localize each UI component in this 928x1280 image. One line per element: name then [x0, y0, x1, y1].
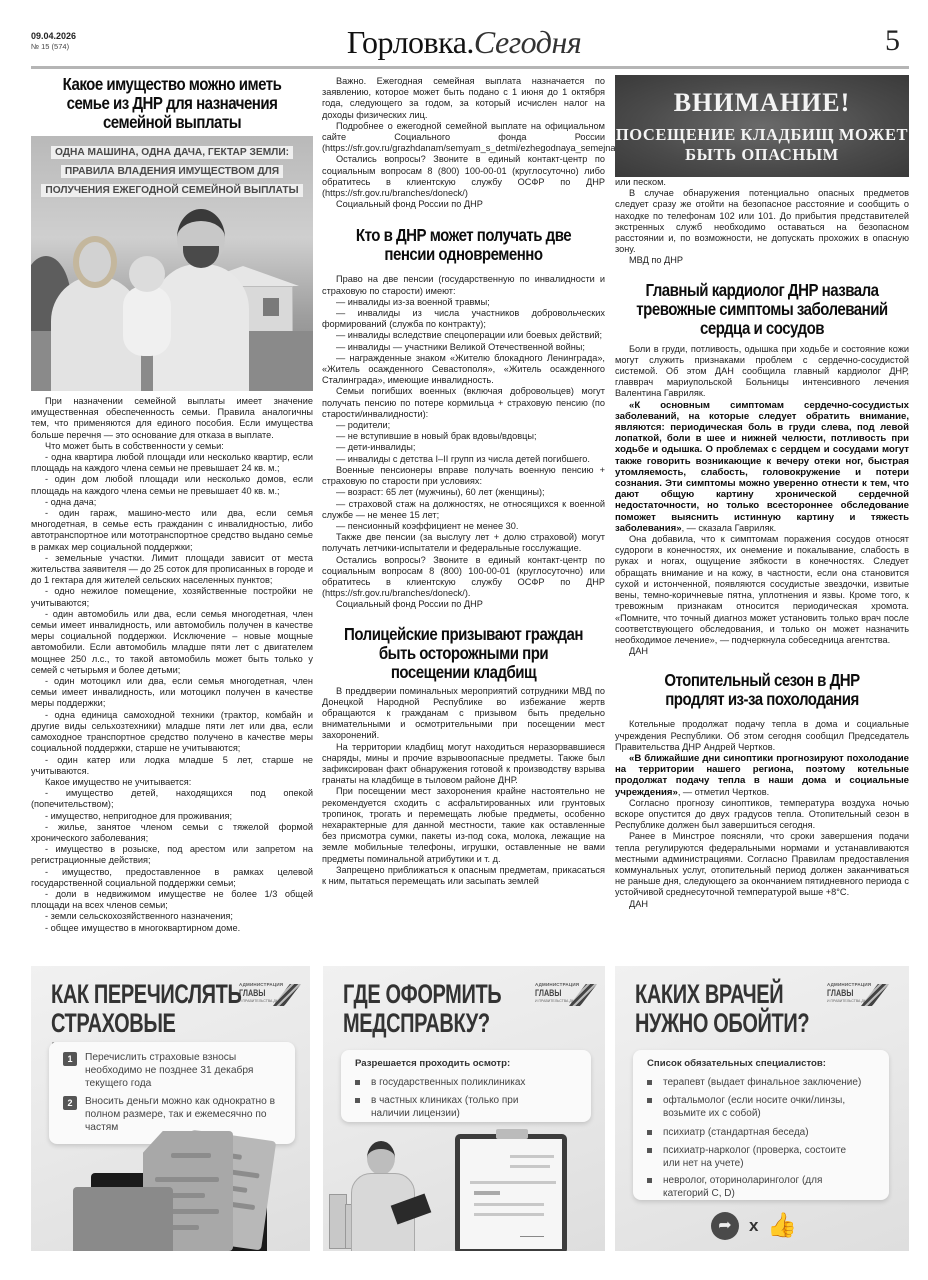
doctors-list-card: КАКИХ ВРАЧЕЙ НУЖНО ОБОЙТИ? АДМИНИСТРАЦИЯ… [615, 966, 909, 1251]
share-like-prompt: ➦ x 👍 [711, 1212, 821, 1242]
bullet-icon [355, 1080, 360, 1085]
logo-stripes-icon [569, 984, 597, 1006]
article2-paragraph: — родители; [322, 420, 605, 431]
warning-banner: ВНИМАНИЕ! ПОСЕЩЕНИЕ КЛАДБИЩ МОЖЕТ БЫТЬ О… [615, 75, 909, 177]
article2-paragraph: Военные пенсионеры вправе получать военн… [322, 465, 605, 487]
article1-paragraph: - общее имущество в многоквартирном доме… [31, 923, 313, 934]
article1-paragraph: При назначении семейной выплаты имеет зн… [31, 396, 313, 441]
article3-paragraph: Запрещено приближаться к опасным предмет… [322, 865, 605, 887]
medical-certificate-card: ГДЕ ОФОРМИТЬ МЕДСПРАВКУ? АДМИНИСТРАЦИЯГЛ… [323, 966, 605, 1251]
multiplier-sign: x [749, 1216, 758, 1236]
bullet-icon [647, 1178, 652, 1183]
step-number-badge: 2 [63, 1096, 77, 1110]
documents-folder-icon [73, 1131, 283, 1251]
article1-paragraph: Какое имущество не учитывается: [31, 777, 313, 788]
administration-logo: АДМИНИСТРАЦИЯГЛАВЫИ ПРАВИТЕЛЬСТВА ДНР [535, 980, 597, 1014]
article2-paragraph: Семьи погибших военных (включая добровол… [322, 386, 605, 420]
article1-paragraph: - один дом любой площади или несколько д… [31, 474, 313, 496]
logo-stripes-icon [861, 984, 889, 1006]
masthead: 09.04.2026 № 15 (574) Горловка.Сегодня 5 [0, 0, 928, 70]
article1-continuation: Важно. Ежегодная семейная выплата назнач… [322, 76, 605, 121]
logo-stripes-icon [273, 984, 301, 1006]
article1-paragraph: - земли сельскохозяйственного назначения… [31, 911, 313, 922]
article1-paragraph: - одна квартира любой площади или нескол… [31, 452, 313, 474]
article3-headline: Полицейские призывают граждан быть остор… [342, 625, 585, 682]
article1-continuation: Остались вопросы? Звоните в единый конта… [322, 154, 605, 199]
article2-paragraph: — инвалиды из числа участников доброволь… [322, 308, 605, 330]
article2-paragraph: — страховой стаж на должностях, не относ… [322, 499, 605, 521]
article1-paragraph: - один мотоцикл или два, если семья мног… [31, 676, 313, 710]
article5-paragraph: Согласно прогнозу синоптиков, температур… [615, 798, 909, 832]
article2-paragraph: — дети-инвалиды; [322, 442, 605, 453]
steps-panel: 1 Перечислить страховые взносы необходим… [49, 1042, 295, 1144]
article1-signature: Социальный фонд России по ДНР [322, 199, 605, 210]
column-1: Какое имущество можно иметь семье из ДНР… [31, 70, 313, 934]
card-title: КАКИХ ВРАЧЕЙ НУЖНО ОБОЙТИ? [635, 980, 850, 1038]
banner-title: ВНИМАНИЕ! [615, 75, 909, 117]
article2-paragraph: — возраст: 65 лет (мужчины), 60 лет (жен… [322, 487, 605, 498]
article1-paragraph: - имущество в розыске, под арестом или з… [31, 844, 313, 866]
article5-paragraph: Ранее в Минстрое поясняли, что сроки зав… [615, 831, 909, 898]
column-3: ВНИМАНИЕ! ПОСЕЩЕНИЕ КЛАДБИЩ МОЖЕТ БЫТЬ О… [615, 70, 909, 910]
article4-headline: Главный кардиолог ДНР назвала тревожные … [636, 281, 889, 338]
article1-paragraph: - одна единица самоходной техники (тракт… [31, 710, 313, 755]
article1-paragraph: - один катер или лодка младше 5 лет, ста… [31, 755, 313, 777]
banner-subtitle: ПОСЕЩЕНИЕ КЛАДБИЩ МОЖЕТ БЫТЬ ОПАСНЫМ [615, 125, 909, 165]
insurance-card: КАК ПЕРЕЧИСЛЯТЬ СТРАХОВЫЕ ВЗНОСЫ? АДМИНИ… [31, 966, 310, 1251]
article5-lead: Котельные продолжат подачу тепла в дома … [615, 719, 909, 753]
share-arrow-icon[interactable]: ➦ [711, 1212, 739, 1240]
masthead-rule [31, 66, 909, 69]
child-figure [123, 286, 171, 356]
article1-continuation: Подробнее о ежегодной семейной выплате н… [322, 121, 605, 155]
step-number-badge: 1 [63, 1052, 77, 1066]
article4-signature: ДАН [615, 646, 909, 657]
article1-headline: Какое имущество можно иметь семье из ДНР… [51, 75, 294, 132]
title-main: Горловка. [347, 24, 474, 60]
locations-panel: Разрешается проходить осмотр: в государс… [341, 1050, 591, 1122]
article5-signature: ДАН [615, 899, 909, 910]
article1-paragraph: - одно нежилое помещение, хозяйственные … [31, 586, 313, 608]
article2-paragraph: — инвалиды из-за военной травмы; [322, 297, 605, 308]
family-photo: ОДНА МАШИНА, ОДНА ДАЧА, ГЕКТАР ЗЕМЛИ: ПР… [31, 136, 313, 391]
article5-quote-attribution: , — отметил Чертков. [678, 787, 769, 797]
article2-paragraph: — пенсионный коэффициент не менее 30. [322, 521, 605, 532]
article5-quote-paragraph: «В ближайшие дни синоптики прогнозируют … [615, 753, 909, 798]
page-number: 5 [885, 24, 900, 58]
panel-heading: Список обязательных специалистов: [647, 1058, 826, 1069]
article3-signature: МВД по ДНР [615, 255, 909, 266]
step-text: Вносить деньги можно как однократно в по… [85, 1095, 285, 1134]
newspaper-title: Горловка.Сегодня [0, 22, 928, 62]
card-title: ГДЕ ОФОРМИТЬ МЕДСПРАВКУ? [343, 980, 558, 1038]
article3-paragraph: В преддверии поминальных мероприятий сот… [322, 686, 605, 742]
article4-body: Она добавила, что к симптомам поражения … [615, 534, 909, 646]
article4-lead: Боли в груди, потливость, одышка при ход… [615, 344, 909, 400]
bullet-icon [647, 1098, 652, 1103]
photo-caption: ОДНА МАШИНА, ОДНА ДАЧА, ГЕКТАР ЗЕМЛИ: ПР… [31, 142, 313, 199]
article1-paragraph: - один автомобиль или два, если семья мн… [31, 609, 313, 676]
article4-quote-paragraph: «К основным симптомам сердечно-сосудисты… [615, 400, 909, 534]
article2-headline: Кто в ДНР может получать две пенсии одно… [342, 226, 585, 264]
administration-logo: АДМИНИСТРАЦИЯГЛАВЫИ ПРАВИТЕЛЬСТВА ДНР [239, 980, 301, 1014]
article5-headline: Отопительный сезон в ДНР продлят из-за п… [636, 671, 889, 709]
article1-paragraph: - имущество детей, находящихся под опеко… [31, 788, 313, 810]
doctor-illustration [335, 1141, 435, 1251]
article2-paragraph: Также две пенсии (за выслугу лет + долю … [322, 532, 605, 554]
article4-quote-attribution: , — сказала Гавриляк. [682, 523, 777, 533]
article2-paragraph: Право на две пенсии (государственную по … [322, 274, 605, 296]
article1-paragraph: - имущество, предоставленное в рамках це… [31, 867, 313, 889]
article1-paragraph: - доли в недвижимом имуществе не более 1… [31, 889, 313, 911]
article1-paragraph: - один гараж, машино-место или два, если… [31, 508, 313, 553]
article1-paragraph: - жилье, занятое членом семьи с тяжелой … [31, 822, 313, 844]
article1-paragraph: - имущество, непригодное для проживания; [31, 811, 313, 822]
bullet-icon [647, 1080, 652, 1085]
article3-paragraph: При посещении мест захоронения крайне на… [322, 786, 605, 864]
bullet-icon [647, 1130, 652, 1135]
bullet-icon [355, 1098, 360, 1103]
bullet-icon [647, 1148, 652, 1153]
article4-quote: «К основным симптомам сердечно-сосудисты… [615, 400, 909, 534]
article2-paragraph: — инвалиды — участники Великой Отечестве… [322, 342, 605, 353]
article2-signature: Социальный фонд России по ДНР [322, 599, 605, 610]
article2-paragraph: Остались вопросы? Звоните в единый конта… [322, 555, 605, 600]
article3-continuation: В случае обнаружения потенциально опасны… [615, 188, 909, 255]
article3-continuation-start: или песком. [615, 177, 909, 188]
article3-paragraph: На территории кладбищ могут находиться н… [322, 742, 605, 787]
article2-paragraph: — инвалиды вследствие спецоперации или б… [322, 330, 605, 341]
article1-paragraph: - одна дача; [31, 497, 313, 508]
title-script: Сегодня [474, 24, 581, 60]
thumbs-up-icon[interactable]: 👍 [767, 1212, 797, 1240]
article2-paragraph: — не вступившие в новый брак вдовы/вдовц… [322, 431, 605, 442]
clipboard-icon [455, 1134, 567, 1251]
article1-paragraph: Что может быть в собственности у семьи: [31, 441, 313, 452]
panel-heading: Разрешается проходить осмотр: [355, 1058, 510, 1069]
article2-paragraph: — инвалиды с детства I–II групп из числа… [322, 454, 605, 465]
article1-paragraph: - земельные участки. Лимит площади завис… [31, 553, 313, 587]
infographic-row: КАК ПЕРЕЧИСЛЯТЬ СТРАХОВЫЕ ВЗНОСЫ? АДМИНИ… [31, 966, 909, 1256]
step-text: Перечислить страховые взносы необходимо … [85, 1051, 285, 1090]
administration-logo: АДМИНИСТРАЦИЯГЛАВЫИ ПРАВИТЕЛЬСТВА ДНР [827, 980, 889, 1014]
column-2: Важно. Ежегодная семейная выплата назнач… [322, 70, 605, 887]
specialists-panel: Список обязательных специалистов: терапе… [633, 1050, 889, 1200]
article2-paragraph: — награжденные знаком «Жителю блокадного… [322, 353, 605, 387]
